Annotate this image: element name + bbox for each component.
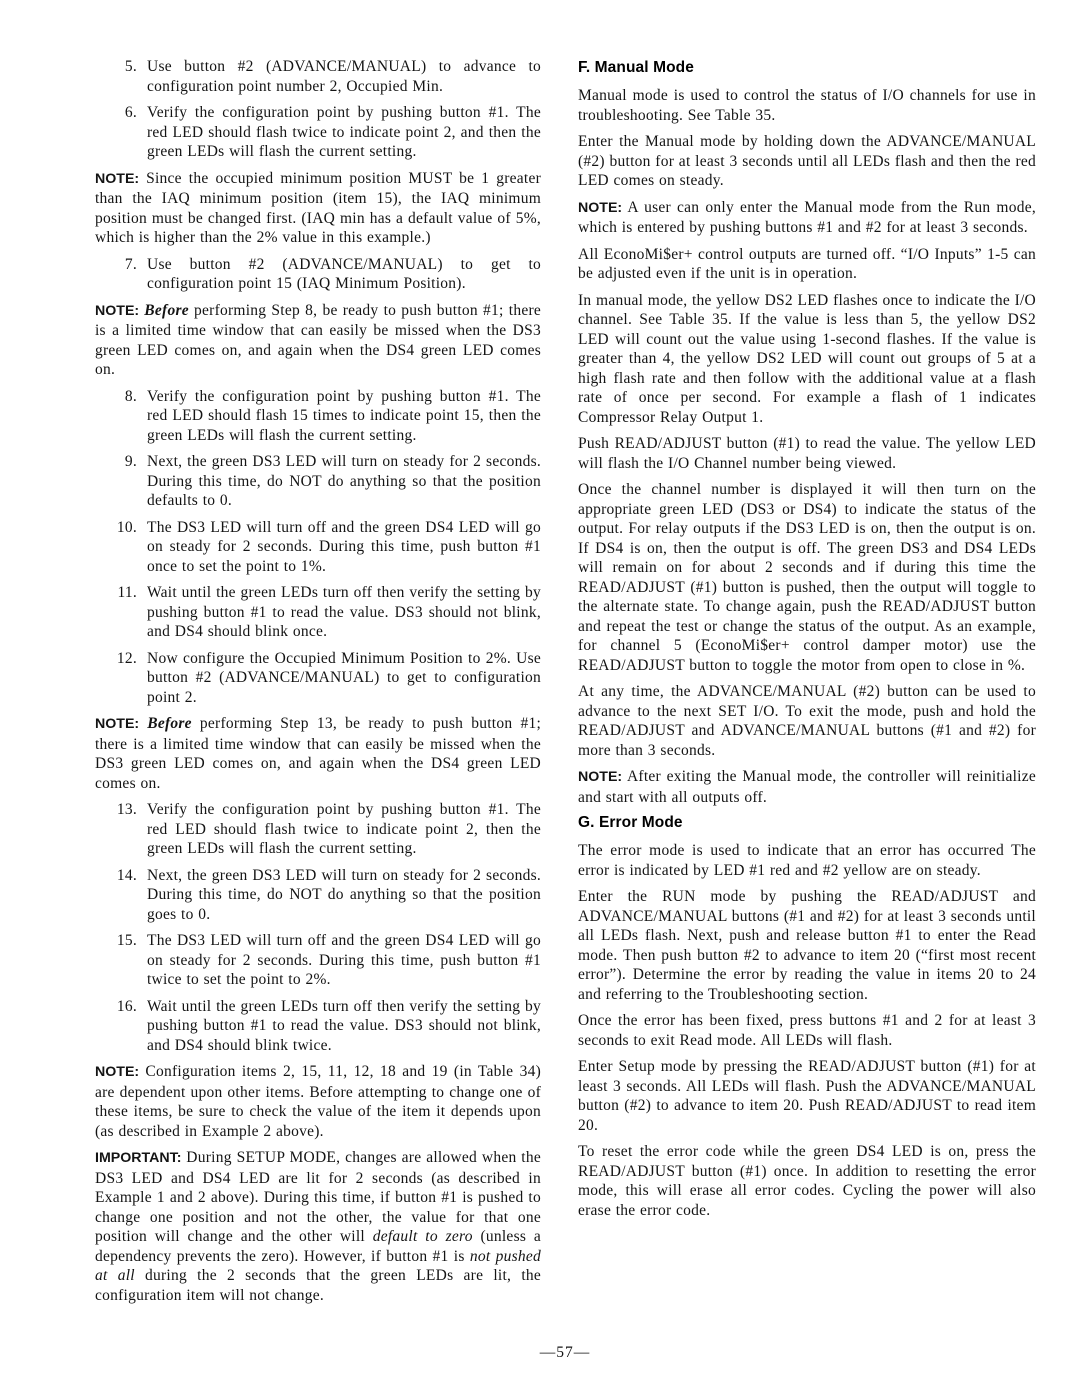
- step-text: Verify the configuration point by pushin…: [147, 103, 541, 162]
- step-number: 5.: [95, 57, 147, 96]
- label-run: IMPORTANT:: [95, 1150, 181, 1166]
- numbered-step: 16.Wait until the green LEDs turn off th…: [95, 997, 541, 1056]
- body-paragraph: In manual mode, the yellow DS2 LED flash…: [578, 291, 1036, 428]
- text-run: Verify the configuration point by pushin…: [147, 388, 541, 444]
- text-run: Push READ/ADJUST button (#1) to read the…: [578, 435, 1036, 472]
- step-number: 14.: [95, 866, 147, 925]
- text-run: Wait until the green LEDs turn off then …: [147, 998, 541, 1054]
- text-run: Now configure the Occupied Minimum Posit…: [147, 650, 541, 706]
- text-run: Verify the configuration point by pushin…: [147, 104, 541, 160]
- body-paragraph: Enter Setup mode by pressing the READ/AD…: [578, 1057, 1036, 1135]
- step-text: Now configure the Occupied Minimum Posit…: [147, 649, 541, 708]
- step-number: 6.: [95, 103, 147, 162]
- text-run: Configuration items 2, 15, 11, 12, 18 an…: [95, 1063, 541, 1140]
- label-run: NOTE:: [578, 200, 622, 216]
- step-number: 9.: [95, 452, 147, 511]
- note-paragraph: NOTE: After exiting the Manual mode, the…: [578, 767, 1036, 807]
- body-paragraph: At any time, the ADVANCE/MANUAL (#2) but…: [578, 682, 1036, 760]
- text-run: To reset the error code while the green …: [578, 1143, 1036, 1219]
- note-paragraph: NOTE: Configuration items 2, 15, 11, 12,…: [95, 1062, 541, 1141]
- numbered-step: 15.The DS3 LED will turn off and the gre…: [95, 931, 541, 990]
- body-paragraph: Manual mode is used to control the statu…: [578, 86, 1036, 125]
- left-column: 5.Use button #2 (ADVANCE/MANUAL) to adva…: [95, 57, 541, 1312]
- note-paragraph: NOTE: Before performing Step 13, be read…: [95, 714, 541, 793]
- step-text: The DS3 LED will turn off and the green …: [147, 518, 541, 577]
- step-number: 16.: [95, 997, 147, 1056]
- step-text: Wait until the green LEDs turn off then …: [147, 583, 541, 642]
- text-run: A user can only enter the Manual mode fr…: [578, 199, 1036, 237]
- page-number: —57—: [540, 1344, 591, 1361]
- step-text: Wait until the green LEDs turn off then …: [147, 997, 541, 1056]
- body-paragraph: Enter the Manual mode by holding down th…: [578, 132, 1036, 191]
- text-run: Once the channel number is displayed it …: [578, 481, 1036, 674]
- step-number: 8.: [95, 387, 147, 446]
- step-text: Next, the green DS3 LED will turn on ste…: [147, 452, 541, 511]
- label-run: NOTE:: [95, 716, 139, 732]
- text-run: The DS3 LED will turn off and the green …: [147, 932, 541, 988]
- step-text: Use button #2 (ADVANCE/MANUAL) to get to…: [147, 255, 541, 294]
- step-number: 10.: [95, 518, 147, 577]
- numbered-step: 10.The DS3 LED will turn off and the gre…: [95, 518, 541, 577]
- numbered-step: 8.Verify the configuration point by push…: [95, 387, 541, 446]
- text-run: At any time, the ADVANCE/MANUAL (#2) but…: [578, 683, 1036, 759]
- label-run: NOTE:: [95, 171, 139, 187]
- important-paragraph: IMPORTANT: During SETUP MODE, changes ar…: [95, 1148, 541, 1305]
- text-run: Verify the configuration point by pushin…: [147, 801, 541, 857]
- text-run: Enter the Manual mode by holding down th…: [578, 133, 1036, 189]
- two-column-layout: 5.Use button #2 (ADVANCE/MANUAL) to adva…: [95, 57, 1036, 1312]
- label-run: NOTE:: [95, 1064, 139, 1080]
- step-text: Verify the configuration point by pushin…: [147, 800, 541, 859]
- step-text: Verify the configuration point by pushin…: [147, 387, 541, 446]
- text-run: during the 2 seconds that the green LEDs…: [95, 1267, 541, 1304]
- note-paragraph: NOTE: A user can only enter the Manual m…: [578, 198, 1036, 238]
- step-text: The DS3 LED will turn off and the green …: [147, 931, 541, 990]
- text-run: Enter the RUN mode by pushing the READ/A…: [578, 888, 1036, 1003]
- body-paragraph: The error mode is used to indicate that …: [578, 841, 1036, 880]
- step-number: 11.: [95, 583, 147, 642]
- section-heading: G. Error Mode: [578, 814, 1036, 832]
- text-run: Before: [139, 302, 189, 319]
- text-run: Since the occupied minimum position MUST…: [95, 170, 541, 247]
- text-run: default to zero: [373, 1228, 473, 1245]
- body-paragraph: Push READ/ADJUST button (#1) to read the…: [578, 434, 1036, 473]
- body-paragraph: Enter the RUN mode by pushing the READ/A…: [578, 887, 1036, 1004]
- text-run: Next, the green DS3 LED will turn on ste…: [147, 453, 541, 509]
- numbered-step: 6.Verify the configuration point by push…: [95, 103, 541, 162]
- label-run: NOTE:: [578, 769, 622, 785]
- step-text: Use button #2 (ADVANCE/MANUAL) to advanc…: [147, 57, 541, 96]
- text-run: Before: [139, 715, 192, 732]
- numbered-step: 9.Next, the green DS3 LED will turn on s…: [95, 452, 541, 511]
- numbered-step: 14.Next, the green DS3 LED will turn on …: [95, 866, 541, 925]
- numbered-step: 12.Now configure the Occupied Minimum Po…: [95, 649, 541, 708]
- text-run: Next, the green DS3 LED will turn on ste…: [147, 867, 541, 923]
- text-run: Use button #2 (ADVANCE/MANUAL) to advanc…: [147, 58, 541, 95]
- body-paragraph: Once the error has been fixed, press but…: [578, 1011, 1036, 1050]
- note-paragraph: NOTE: Before performing Step 8, be ready…: [95, 301, 541, 380]
- step-text: Next, the green DS3 LED will turn on ste…: [147, 866, 541, 925]
- note-paragraph: NOTE: Since the occupied minimum positio…: [95, 169, 541, 248]
- step-number: 13.: [95, 800, 147, 859]
- body-paragraph: All EconoMi$er+ control outputs are turn…: [578, 245, 1036, 284]
- numbered-step: 5.Use button #2 (ADVANCE/MANUAL) to adva…: [95, 57, 541, 96]
- step-number: 12.: [95, 649, 147, 708]
- body-paragraph: To reset the error code while the green …: [578, 1142, 1036, 1220]
- section-heading: F. Manual Mode: [578, 59, 1036, 77]
- step-number: 15.: [95, 931, 147, 990]
- numbered-step: 11.Wait until the green LEDs turn off th…: [95, 583, 541, 642]
- text-run: Enter Setup mode by pressing the READ/AD…: [578, 1058, 1036, 1134]
- text-run: In manual mode, the yellow DS2 LED flash…: [578, 292, 1036, 426]
- text-run: Wait until the green LEDs turn off then …: [147, 584, 541, 640]
- text-run: The DS3 LED will turn off and the green …: [147, 519, 541, 575]
- text-run: All EconoMi$er+ control outputs are turn…: [578, 246, 1036, 283]
- body-paragraph: Once the channel number is displayed it …: [578, 480, 1036, 675]
- numbered-step: 7.Use button #2 (ADVANCE/MANUAL) to get …: [95, 255, 541, 294]
- numbered-step: 13.Verify the configuration point by pus…: [95, 800, 541, 859]
- page-footer: —57—: [95, 1344, 1035, 1362]
- label-run: NOTE:: [95, 303, 139, 319]
- right-column: F. Manual ModeManual mode is used to con…: [578, 57, 1036, 1312]
- text-run: Manual mode is used to control the statu…: [578, 87, 1036, 124]
- text-run: Use button #2 (ADVANCE/MANUAL) to get to…: [147, 256, 541, 293]
- step-number: 7.: [95, 255, 147, 294]
- text-run: After exiting the Manual mode, the contr…: [578, 768, 1036, 806]
- text-run: Once the error has been fixed, press but…: [578, 1012, 1036, 1049]
- text-run: The error mode is used to indicate that …: [578, 842, 1036, 879]
